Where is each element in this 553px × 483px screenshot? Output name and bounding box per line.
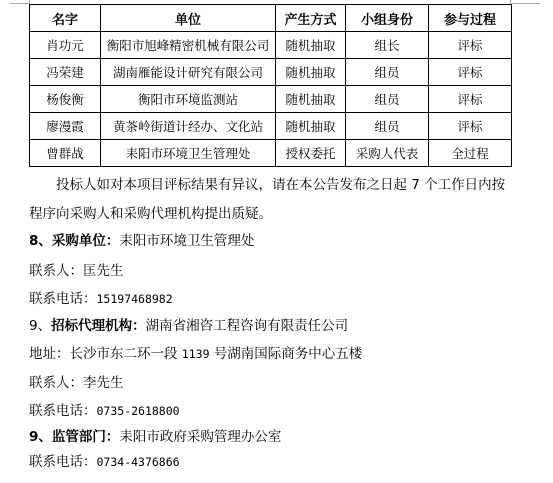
cell-method: 随机抽取 xyxy=(276,113,346,140)
page-corner-mark xyxy=(510,3,540,4)
cell-method: 随机抽取 xyxy=(276,86,346,113)
cell-role: 组员 xyxy=(346,86,429,113)
agency-phone-label: 联系电话： xyxy=(29,403,97,419)
cell-process: 评标 xyxy=(429,113,512,140)
supervision-phone-label: 联系电话： xyxy=(29,454,97,470)
agency-line: 9、招标代理机构：湖南省湘咨工程咨询有限责任公司 xyxy=(29,317,519,335)
cell-unit: 湖南雁能设计研究有限公司 xyxy=(101,59,276,86)
objection-notice-line-1: 投标人如对本项目评标结果有异议，请在本公告发布之日起 7 个工作日内按 xyxy=(29,176,546,194)
agency-address-number: 1139 xyxy=(182,347,210,361)
purchaser-contact-value: 匡先生 xyxy=(83,263,124,279)
cell-method: 授权委托 xyxy=(276,140,346,167)
cell-role: 组员 xyxy=(346,59,429,86)
table-row: 廖漫霞 黄茶岭街道计经办、文化站 随机抽取 组员 评标 xyxy=(30,113,512,140)
cell-name: 廖漫霞 xyxy=(30,113,101,140)
purchaser-phone-label: 联系电话： xyxy=(29,291,97,307)
agency-phone-value: 0735-2618800 xyxy=(97,404,180,418)
agency-address-pre: 长沙市东二环一段 xyxy=(70,346,182,362)
purchaser-contact-label: 联系人： xyxy=(29,263,83,279)
cell-process: 全过程 xyxy=(429,140,512,167)
agency-number: 9、 xyxy=(29,318,51,334)
cell-unit: 耒阳市环境卫生管理处 xyxy=(101,140,276,167)
agency-phone-line: 联系电话：0735-2618800 xyxy=(29,402,519,420)
agency-contact-value: 李先生 xyxy=(83,375,124,391)
agency-address-line: 地址：长沙市东二环一段 1139 号湖南国际商务中心五楼 xyxy=(29,345,519,363)
supervision-phone-value: 0734-4376866 xyxy=(97,455,180,469)
cell-unit: 黄茶岭街道计经办、文化站 xyxy=(101,113,276,140)
purchaser-phone-line: 联系电话：15197468982 xyxy=(29,290,519,308)
agency-address-label: 地址： xyxy=(29,346,70,362)
supervision-value: 耒阳市政府采购管理办公室 xyxy=(119,429,281,445)
objection-notice-line-2: 程序向采购人和采购代理机构提出质疑。 xyxy=(29,205,519,223)
cell-name: 肖功元 xyxy=(30,32,101,59)
header-process: 参与过程 xyxy=(429,5,512,32)
table-header-row: 名字 单位 产生方式 小组身份 参与过程 xyxy=(30,5,512,32)
supervision-label: 9、监管部门： xyxy=(29,429,119,445)
agency-contact-label: 联系人： xyxy=(29,375,83,391)
agency-value: 湖南省湘咨工程咨询有限责任公司 xyxy=(146,318,349,334)
purchaser-phone-value: 15197468982 xyxy=(97,292,173,306)
supervision-line: 9、监管部门：耒阳市政府采购管理办公室 xyxy=(29,428,519,446)
table-row: 冯荣建 湖南雁能设计研究有限公司 随机抽取 组员 评标 xyxy=(30,59,512,86)
purchaser-line: 8、采购单位：耒阳市环境卫生管理处 xyxy=(29,232,519,250)
agency-address-post: 号湖南国际商务中心五楼 xyxy=(210,346,363,362)
table-row: 杨俊衡 衡阳市环境监测站 随机抽取 组员 评标 xyxy=(30,86,512,113)
purchaser-value: 耒阳市环境卫生管理处 xyxy=(119,233,254,249)
cell-unit: 衡阳市旭峰精密机械有限公司 xyxy=(101,32,276,59)
cell-name: 冯荣建 xyxy=(30,59,101,86)
cell-method: 随机抽取 xyxy=(276,59,346,86)
header-method: 产生方式 xyxy=(276,5,346,32)
cell-process: 评标 xyxy=(429,86,512,113)
header-name: 名字 xyxy=(30,5,101,32)
cell-role: 组长 xyxy=(346,32,429,59)
header-unit: 单位 xyxy=(101,5,276,32)
cell-process: 评标 xyxy=(429,59,512,86)
agency-contact-line: 联系人：李先生 xyxy=(29,374,519,392)
cell-role: 组员 xyxy=(346,113,429,140)
table-row: 曾群战 耒阳市环境卫生管理处 授权委托 采购人代表 全过程 xyxy=(30,140,512,167)
table-row: 肖功元 衡阳市旭峰精密机械有限公司 随机抽取 组长 评标 xyxy=(30,32,512,59)
cell-unit: 衡阳市环境监测站 xyxy=(101,86,276,113)
page-corner-mark xyxy=(10,3,30,4)
purchaser-contact-line: 联系人：匡先生 xyxy=(29,262,519,280)
cell-role: 采购人代表 xyxy=(346,140,429,167)
header-role: 小组身份 xyxy=(346,5,429,32)
cell-process: 评标 xyxy=(429,32,512,59)
supervision-phone-line: 联系电话：0734-4376866 xyxy=(29,453,519,471)
cell-name: 曾群战 xyxy=(30,140,101,167)
agency-label: 招标代理机构： xyxy=(51,318,146,334)
purchaser-label: 8、采购单位： xyxy=(29,233,119,249)
cell-method: 随机抽取 xyxy=(276,32,346,59)
cell-name: 杨俊衡 xyxy=(30,86,101,113)
evaluation-committee-table: 名字 单位 产生方式 小组身份 参与过程 肖功元 衡阳市旭峰精密机械有限公司 随… xyxy=(29,4,512,167)
